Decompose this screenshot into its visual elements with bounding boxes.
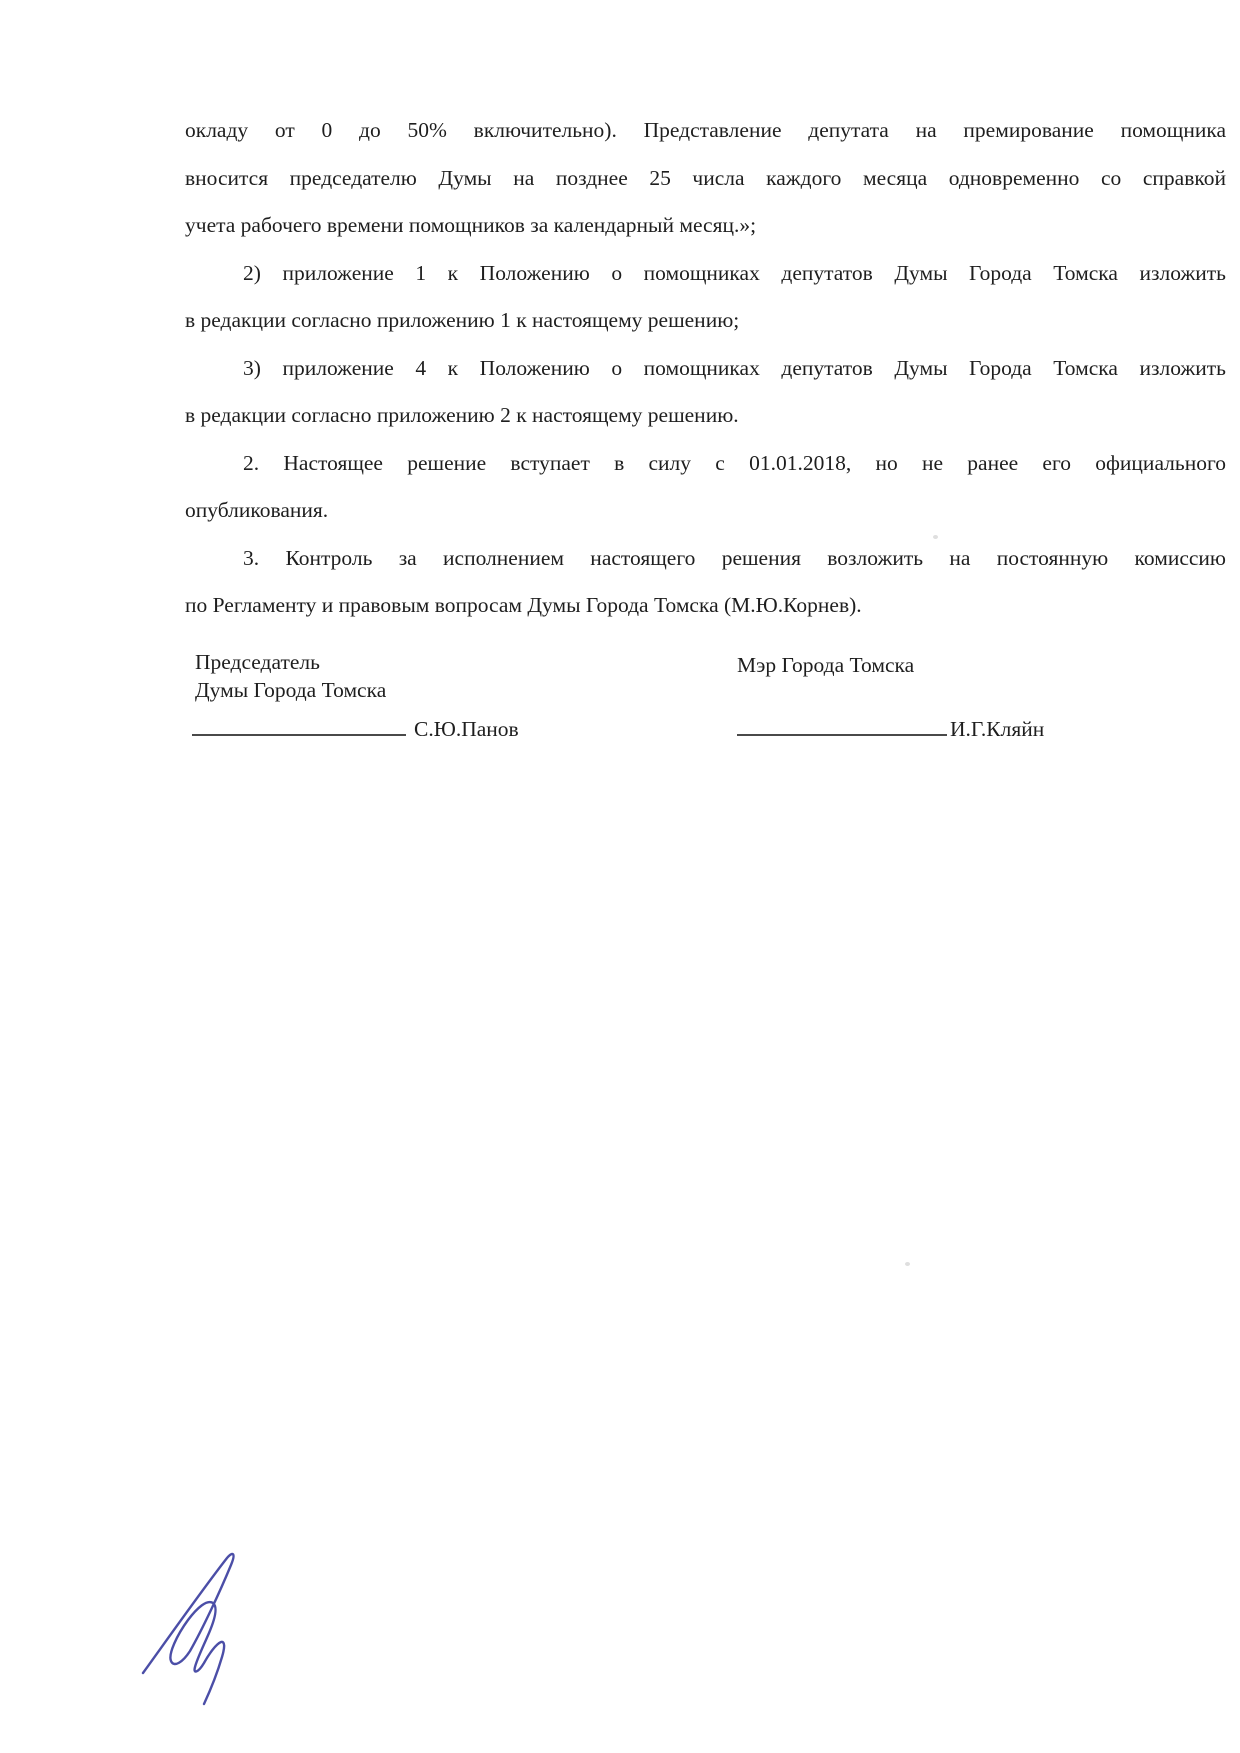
text-line: учета рабочего времени помощников за кал… — [185, 202, 1226, 250]
text-line: окладу от 0 до 50% включительно). Предст… — [185, 107, 1226, 155]
text-line: 3) приложение 4 к Положению о помощниках… — [185, 345, 1226, 393]
signature-line-left — [192, 712, 406, 736]
paragraph: окладу от 0 до 50% включительно). Предст… — [185, 107, 1226, 250]
document-page: окладу от 0 до 50% включительно). Предст… — [0, 0, 1240, 1753]
text-line: 2) приложение 1 к Положению о помощниках… — [185, 250, 1226, 298]
handwritten-ink-signature — [130, 1540, 250, 1710]
text-line: в редакции согласно приложению 2 к насто… — [185, 392, 1226, 440]
signer-role-left-line1: Председатель — [195, 648, 320, 676]
signer-name-right: И.Г.Кляйн — [950, 717, 1044, 742]
signature-row-right: И.Г.Кляйн — [737, 712, 1044, 742]
text-line: по Регламенту и правовым вопросам Думы Г… — [185, 582, 1226, 630]
signer-name-left: С.Ю.Панов — [414, 717, 519, 742]
paragraph: 3. Контроль за исполнением настоящего ре… — [185, 535, 1226, 630]
paragraph: 2) приложение 1 к Положению о помощниках… — [185, 250, 1226, 345]
signature-row-left: С.Ю.Панов — [192, 712, 519, 742]
scan-speck — [933, 535, 938, 539]
paragraph: 3) приложение 4 к Положению о помощниках… — [185, 345, 1226, 440]
text-line: опубликования. — [185, 487, 1226, 535]
text-line: в редакции согласно приложению 1 к насто… — [185, 297, 1226, 345]
signer-role-right: Мэр Города Томска — [737, 651, 914, 679]
text-line: 2. Настоящее решение вступает в силу с 0… — [185, 440, 1226, 488]
scan-speck — [905, 1262, 910, 1266]
text-line: вносится председателю Думы на позднее 25… — [185, 155, 1226, 203]
paragraph: 2. Настоящее решение вступает в силу с 0… — [185, 440, 1226, 535]
signature-line-right — [737, 712, 947, 736]
body-text: окладу от 0 до 50% включительно). Предст… — [185, 107, 1226, 630]
signer-role-left-line2: Думы Города Томска — [195, 676, 386, 704]
text-line: 3. Контроль за исполнением настоящего ре… — [185, 535, 1226, 583]
